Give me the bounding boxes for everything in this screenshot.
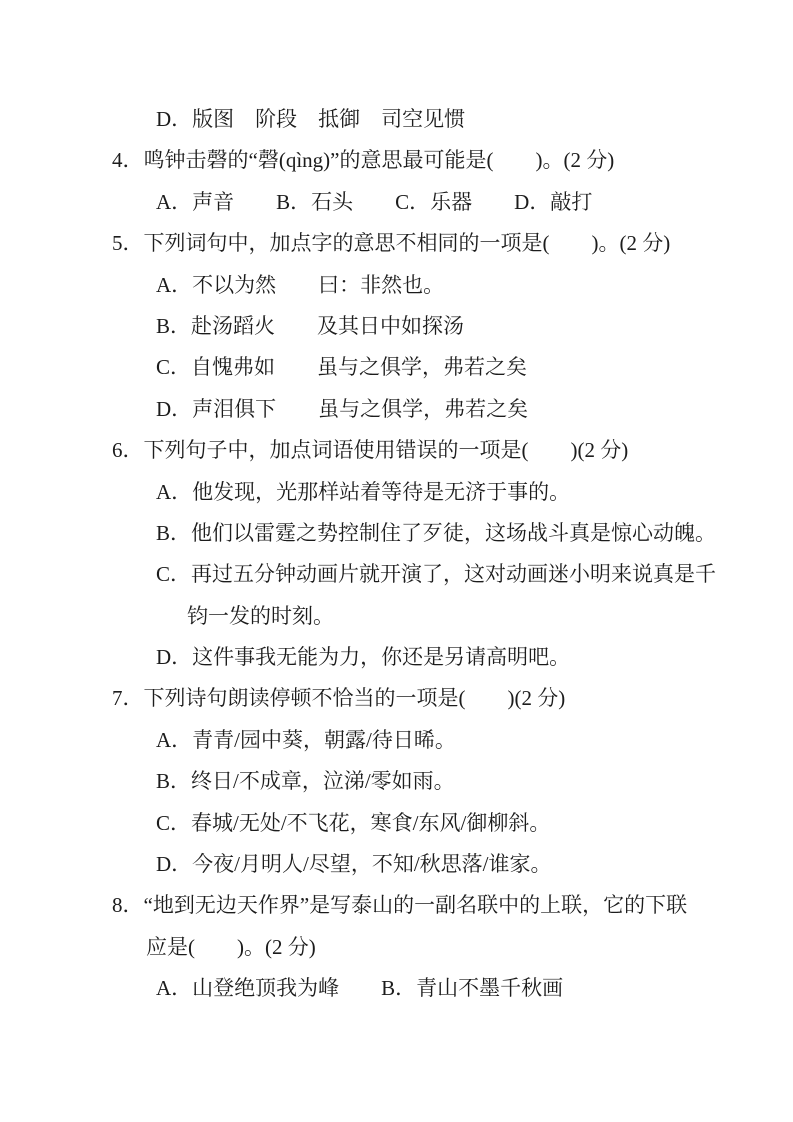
question-8: 8．“地到无边天作界”是写泰山的一副名联中的上联，它的下联 应是( )。(2 分…	[112, 885, 775, 1009]
question-6-option-c-line-1: C．再过五分钟动画片就开演了，这对动画迷小明来说真是千	[156, 554, 775, 595]
question-5-stem: 5．下列词句中，加点字的意思不相同的一项是( )。(2 分)	[112, 223, 775, 264]
question-8-stem-line-2: 应是( )。(2 分)	[146, 927, 775, 968]
question-4-stem: 4．鸣钟击磬的“磬(qìng)”的意思最可能是( )。(2 分)	[112, 140, 775, 181]
question-8-options-row: A．山登绝顶我为峰 B．青山不墨千秋画	[156, 968, 775, 1009]
question-7: 7．下列诗句朗读停顿不恰当的一项是( )(2 分) A．青青/园中葵，朝露/待日…	[112, 678, 775, 885]
question-5: 5．下列词句中，加点字的意思不相同的一项是( )。(2 分) A．不以为然 曰：…	[112, 223, 775, 430]
exam-page: D．版图 阶段 抵御 司空见惯 4．鸣钟击磬的“磬(qìng)”的意思最可能是(…	[0, 0, 793, 1122]
question-3-option-d: D．版图 阶段 抵御 司空见惯	[156, 99, 775, 140]
question-7-option-b: B．终日/不成章，泣涕/零如雨。	[156, 761, 775, 802]
question-6-option-d: D．这件事我无能为力，你还是另请高明吧。	[156, 637, 775, 678]
question-7-option-d: D．今夜/月明人/尽望，不知/秋思落/谁家。	[156, 844, 775, 885]
question-5-option-b: B．赴汤蹈火 及其日中如探汤	[156, 306, 775, 347]
question-6-option-a: A．他发现，光那样站着等待是无济于事的。	[156, 472, 775, 513]
question-5-option-c: C．自愧弗如 虽与之俱学，弗若之矣	[156, 347, 775, 388]
question-7-option-c: C．春城/无处/不飞花，寒食/东风/御柳斜。	[156, 803, 775, 844]
question-6: 6．下列句子中，加点词语使用错误的一项是( )(2 分) A．他发现，光那样站着…	[112, 430, 775, 678]
question-4-options-row: A．声音 B．石头 C．乐器 D．敲打	[156, 182, 775, 223]
question-5-option-d: D．声泪俱下 虽与之俱学，弗若之矣	[156, 389, 775, 430]
question-6-option-c-line-2: 钧一发的时刻。	[187, 596, 775, 637]
question-7-option-a: A．青青/园中葵，朝露/待日晞。	[156, 720, 775, 761]
question-4: 4．鸣钟击磬的“磬(qìng)”的意思最可能是( )。(2 分) A．声音 B．…	[112, 140, 775, 223]
question-7-stem: 7．下列诗句朗读停顿不恰当的一项是( )(2 分)	[112, 678, 775, 719]
question-6-option-b: B．他们以雷霆之势控制住了歹徒，这场战斗真是惊心动魄。	[156, 513, 775, 554]
question-8-stem-line-1: 8．“地到无边天作界”是写泰山的一副名联中的上联，它的下联	[112, 885, 775, 926]
question-5-option-a: A．不以为然 曰：非然也。	[156, 265, 775, 306]
question-6-stem: 6．下列句子中，加点词语使用错误的一项是( )(2 分)	[112, 430, 775, 471]
